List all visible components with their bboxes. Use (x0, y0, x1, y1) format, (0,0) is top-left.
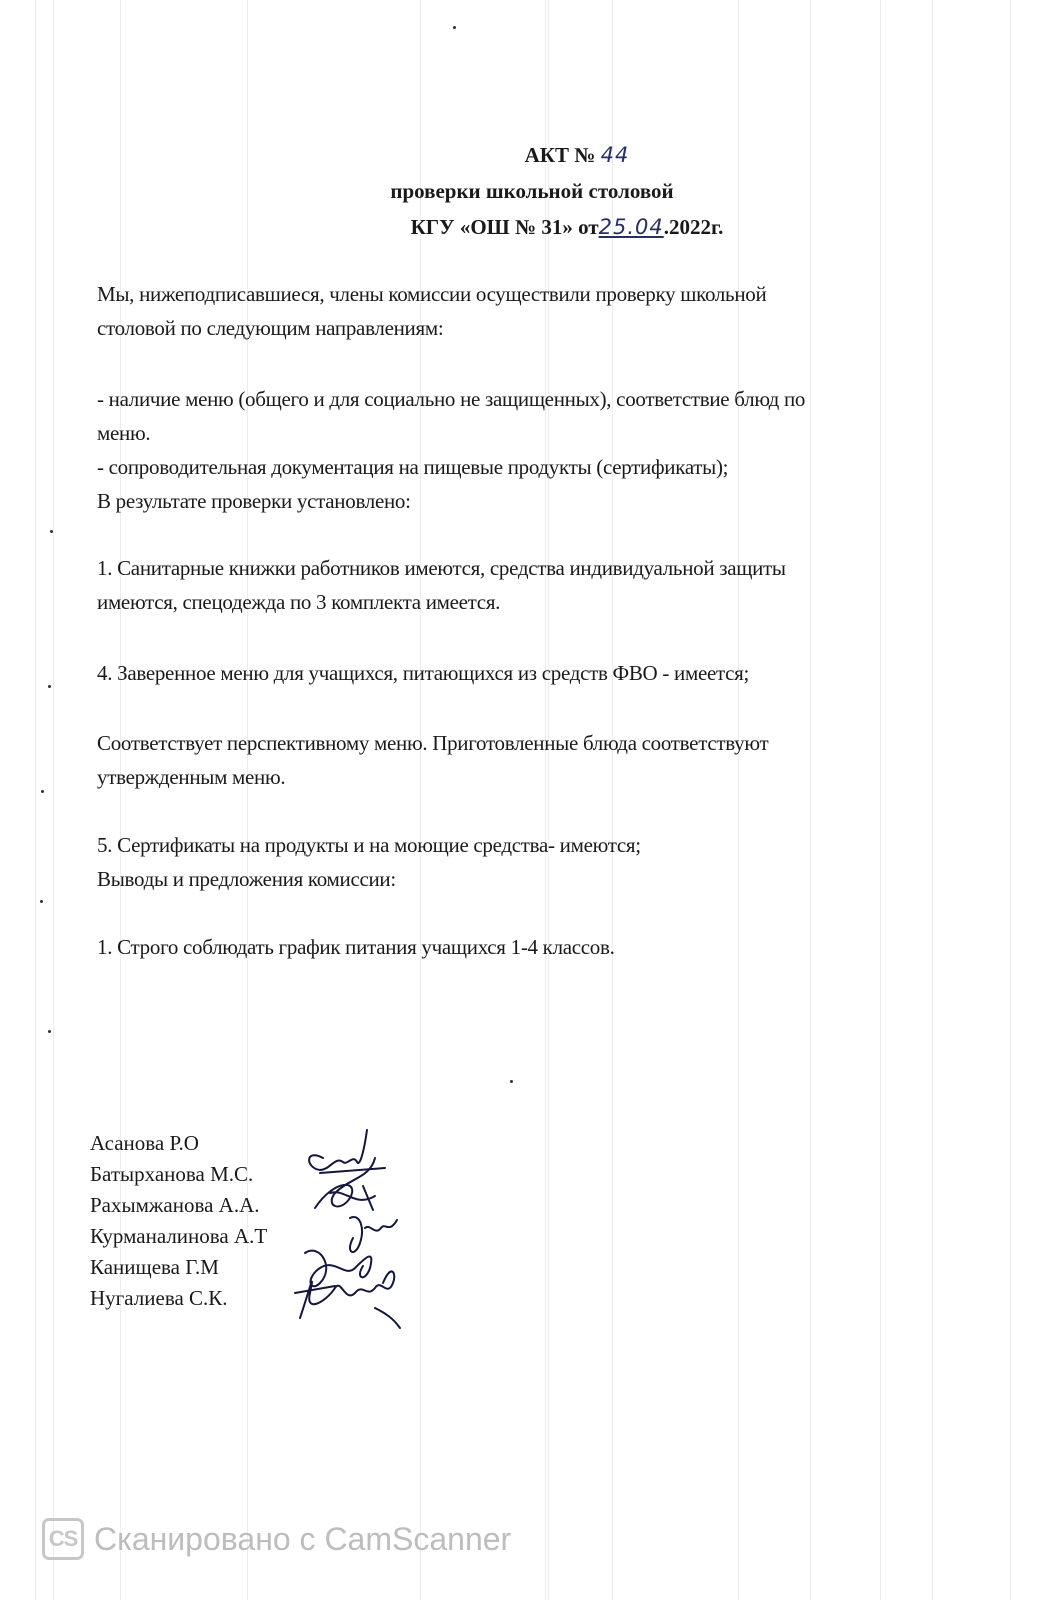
camscanner-logo-icon: CS (42, 1518, 84, 1560)
menu-compliance-paragraph: Соответствует перспективному меню. Приго… (97, 726, 977, 794)
conclusion-item-1: 1. Строго соблюдать график питания учащи… (97, 930, 977, 964)
signatory-name: Асанова Р.О (90, 1128, 267, 1159)
handwritten-date: 25.04 (599, 215, 664, 239)
conclusions-heading: Выводы и предложения комиссии: (97, 862, 977, 896)
act-number-line: АКТ № 44 (0, 137, 1064, 173)
signatories-list: Асанова Р.О Батырханова М.С. Рахымжанова… (90, 1128, 267, 1314)
signatory-name: Рахымжанова А.А. (90, 1190, 267, 1221)
watermark-text: Сканировано с CamScanner (94, 1521, 511, 1558)
document-title: АКТ № 44 проверки школьной столовой КГУ … (0, 137, 1064, 245)
signatory-name: Курманалинова А.Т (90, 1221, 267, 1252)
results-heading: В результате проверки установлено: (97, 484, 977, 518)
finding-item-5: 5. Сертификаты на продукты и на моющие с… (97, 828, 977, 896)
organization-date-line: КГУ «ОШ № 31» от25.04.2022г. (0, 209, 1064, 245)
camscanner-watermark: CS Сканировано с CamScanner (42, 1518, 511, 1560)
signatory-name: Нугалиева С.К. (90, 1283, 267, 1314)
signatory-name: Батырханова М.С. (90, 1159, 267, 1190)
signatures-icon (275, 1118, 425, 1338)
direction-menu: - наличие меню (общего и для социально н… (97, 382, 977, 416)
finding-item-1: 1. Санитарные книжки работников имеются,… (97, 551, 977, 619)
inspection-directions: - наличие меню (общего и для социально н… (97, 382, 977, 518)
act-subtitle: проверки школьной столовой (0, 173, 1064, 209)
direction-documentation: - сопроводительная документация на пищев… (97, 450, 977, 484)
signatory-name: Канищева Г.М (90, 1252, 267, 1283)
handwritten-act-number: 44 (601, 143, 630, 167)
intro-paragraph: Мы, нижеподписавшиеся, члены комиссии ос… (97, 277, 977, 345)
finding-item-4: 4. Заверенное меню для учащихся, питающи… (97, 656, 977, 690)
